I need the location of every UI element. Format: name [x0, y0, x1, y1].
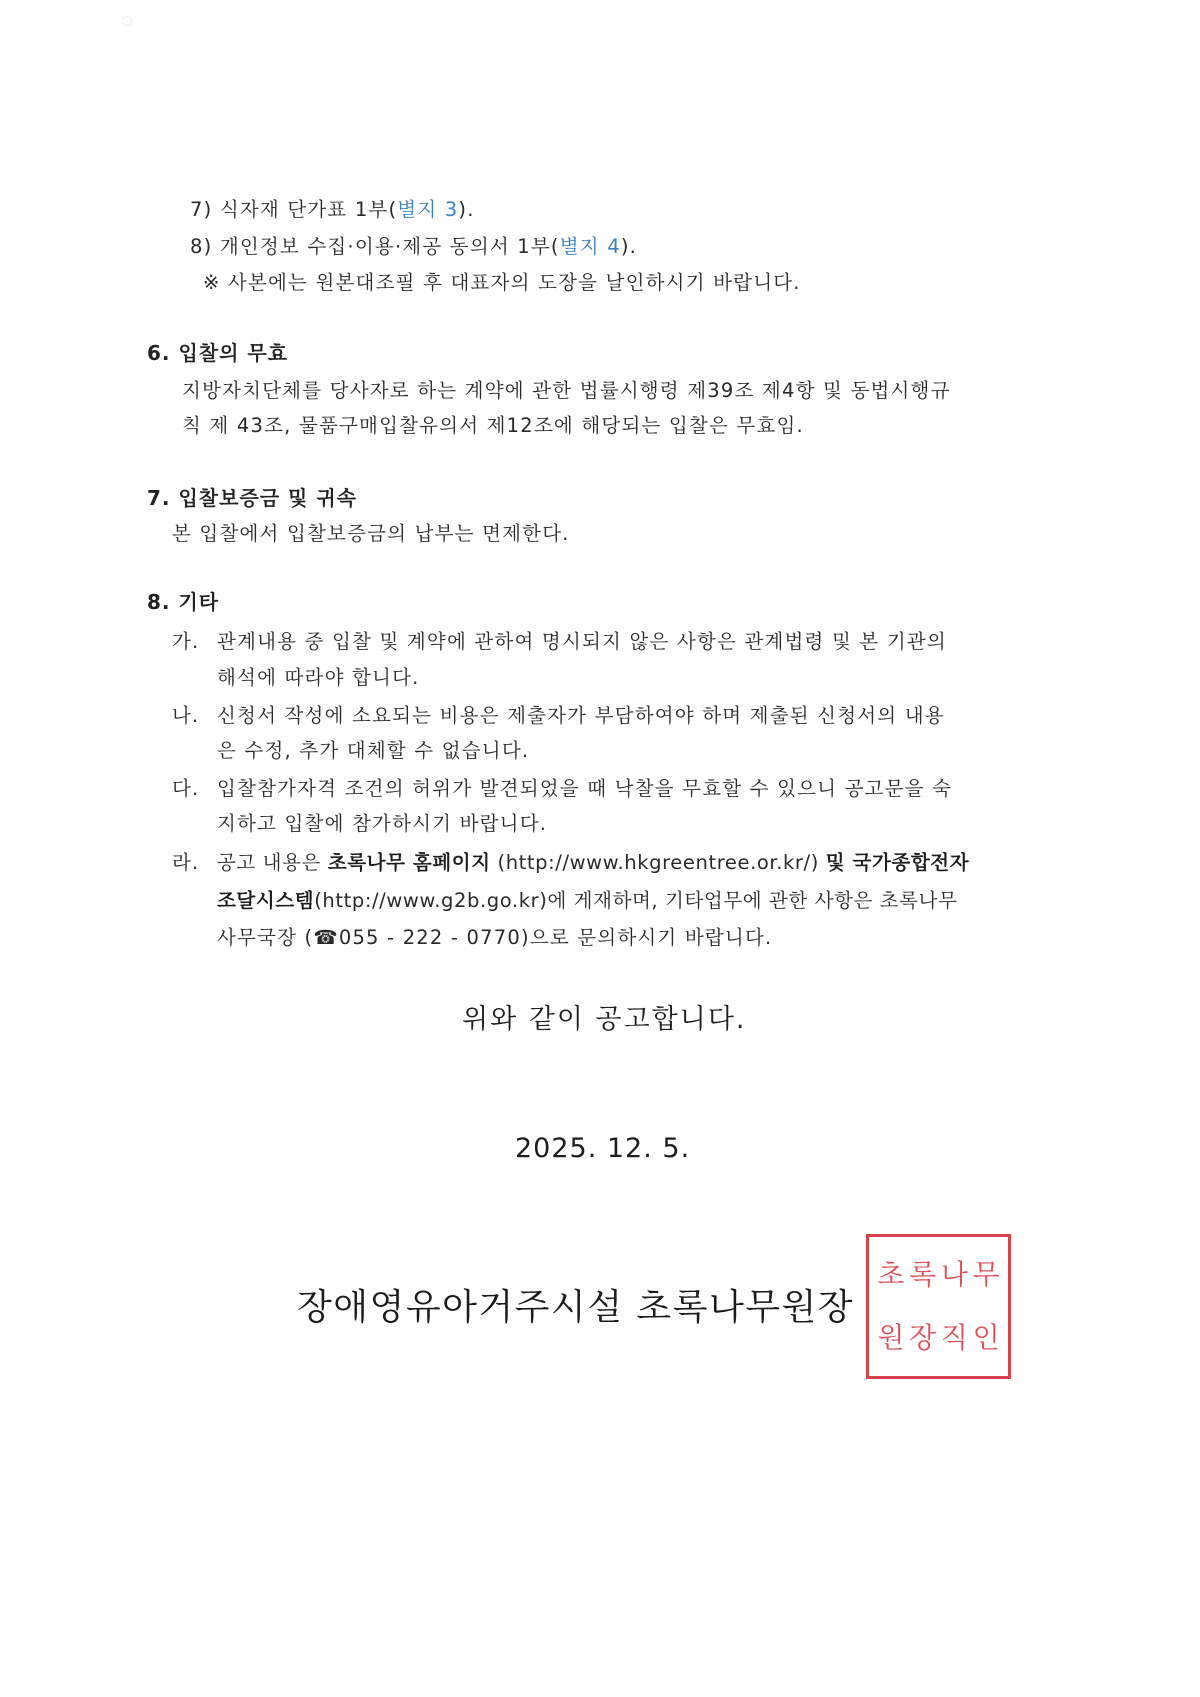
g2b-url-link[interactable]: (http://www.g2b.go.kr)	[314, 889, 547, 912]
section-8-item-ga-line-2: 해석에 따라야 합니다.	[217, 668, 420, 688]
attachment-link-3[interactable]: 별지 3	[397, 198, 458, 221]
section-8-heading: 8. 기타	[147, 592, 219, 612]
scan-artifact	[122, 16, 132, 26]
announcement-date: 2025. 12. 5.	[515, 1135, 690, 1162]
section-7-line-1: 본 입찰에서 입찰보증금의 납부는 면제한다.	[172, 524, 570, 544]
section-8-item-na-line-2: 은 수정, 추가 대체할 수 없습니다.	[217, 741, 529, 761]
section-7-heading: 7. 입찰보증금 및 귀속	[147, 488, 357, 508]
section-8-item-ra-line-3: 사무국장 (☎055 - 222 - 0770)으로 문의하시기 바랍니다.	[217, 928, 772, 948]
section-8-item-na: 나. 신청서 작성에 소요되는 비용은 제출자가 부담하여야 하며 제출된 신청…	[172, 706, 199, 726]
section-6-line-2: 칙 제 43조, 물품구매입찰유의서 제12조에 해당되는 입찰은 무효임.	[182, 416, 804, 436]
section-8-item-ra-line-2: 조달시스템(http://www.g2b.go.kr)에 게재하며, 기타업무에…	[217, 891, 958, 911]
section-6-line-1: 지방자치단체를 당사자로 하는 계약에 관한 법률시행령 제39조 제4항 및 …	[182, 381, 951, 401]
section-8-item-da-line-2: 지하고 입찰에 참가하시기 바랍니다.	[217, 814, 547, 834]
closing-statement: 위와 같이 공고합니다.	[462, 1006, 747, 1033]
section-8-item-ga: 가. 관계내용 중 입찰 및 계약에 관하여 명시되지 않은 사항은 관계법령 …	[172, 632, 199, 652]
greentree-url-link[interactable]: (http://www.hkgreentree.or.kr/)	[491, 851, 826, 874]
attachment-link-4[interactable]: 별지 4	[560, 235, 621, 258]
submission-item-7: 7) 식자재 단가표 1부(별지 3).	[190, 200, 475, 220]
official-seal: 초 록 나 무 원 장 직 인	[866, 1234, 1011, 1379]
copy-note: ※ 사본에는 원본대조필 후 대표자의 도장을 날인하시기 바랍니다.	[203, 273, 801, 293]
signer-name: 장애영유아거주시설 초록나무원장	[297, 1290, 854, 1326]
section-8-item-ra: 라. 공고 내용은 초록나무 홈페이지 (http://www.hkgreent…	[172, 853, 199, 873]
section-8-item-da: 다. 입찰참가자격 조건의 허위가 발견되었을 때 낙찰을 무효할 수 있으니 …	[172, 779, 199, 799]
submission-item-8: 8) 개인정보 수집·이용·제공 동의서 1부(별지 4).	[190, 237, 637, 257]
greentree-homepage-label: 초록나무 홈페이지	[328, 851, 491, 874]
section-6-heading: 6. 입찰의 무효	[147, 343, 288, 363]
